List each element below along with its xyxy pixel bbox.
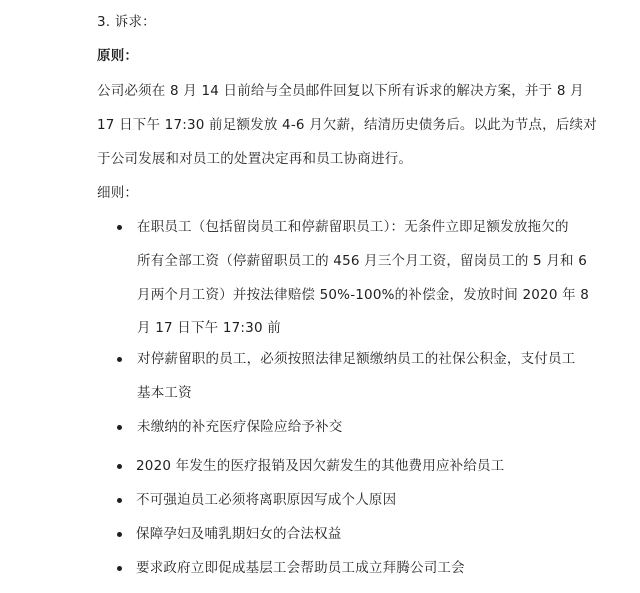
list-item-line: 基本工资 xyxy=(137,384,192,402)
bullet-icon xyxy=(117,225,122,230)
list-item-line: 保障孕妇及哺乳期妇女的合法权益 xyxy=(136,525,342,543)
list-item-line: 要求政府立即促成基层工会帮助员工成立拜腾公司工会 xyxy=(136,559,465,577)
section-heading: 3. 诉求： xyxy=(97,13,156,31)
bullet-icon xyxy=(117,532,122,537)
list-item-line: 对停薪留职的员工，必须按照法律足额缴纳员工的社保公积金，支付员工 xyxy=(137,350,575,368)
list-item-line: 月 17 日下午 17:30 前 xyxy=(137,319,281,337)
principle-line: 17 日下午 17:30 前足额发放 4-6 月欠薪，结清历史债务后。以此为节点… xyxy=(97,116,597,134)
details-heading: 细则： xyxy=(97,184,138,202)
bullet-icon xyxy=(117,498,122,503)
list-item-line: 不可强迫员工必须将离职原因写成个人原因 xyxy=(136,491,396,509)
bullet-icon xyxy=(117,464,122,469)
principle-heading: 原则： xyxy=(97,47,138,65)
bullet-icon xyxy=(117,566,122,571)
list-item-line: 在职员工（包括留岗员工和停薪留职员工）：无条件立即足额发放拖欠的 xyxy=(137,218,569,236)
list-item-line: 未缴纳的补充医疗保险应给予补交 xyxy=(137,418,343,436)
list-item-line: 月两个月工资）并按法律赔偿 50%-100%的补偿金，发放时间 2020 年 8 xyxy=(137,286,589,304)
bullet-icon xyxy=(117,357,122,362)
list-item-line: 2020 年发生的医疗报销及因欠薪发生的其他费用应补给员工 xyxy=(136,457,504,475)
bullet-icon xyxy=(117,425,122,430)
list-item-line: 所有全部工资（停薪留职员工的 456 月三个月工资，留岗员工的 5 月和 6 xyxy=(137,252,587,270)
principle-line: 于公司发展和对员工的处置决定再和员工协商进行。 xyxy=(97,150,412,168)
principle-line: 公司必须在 8 月 14 日前给与全员邮件回复以下所有诉求的解决方案，并于 8 … xyxy=(97,82,584,100)
